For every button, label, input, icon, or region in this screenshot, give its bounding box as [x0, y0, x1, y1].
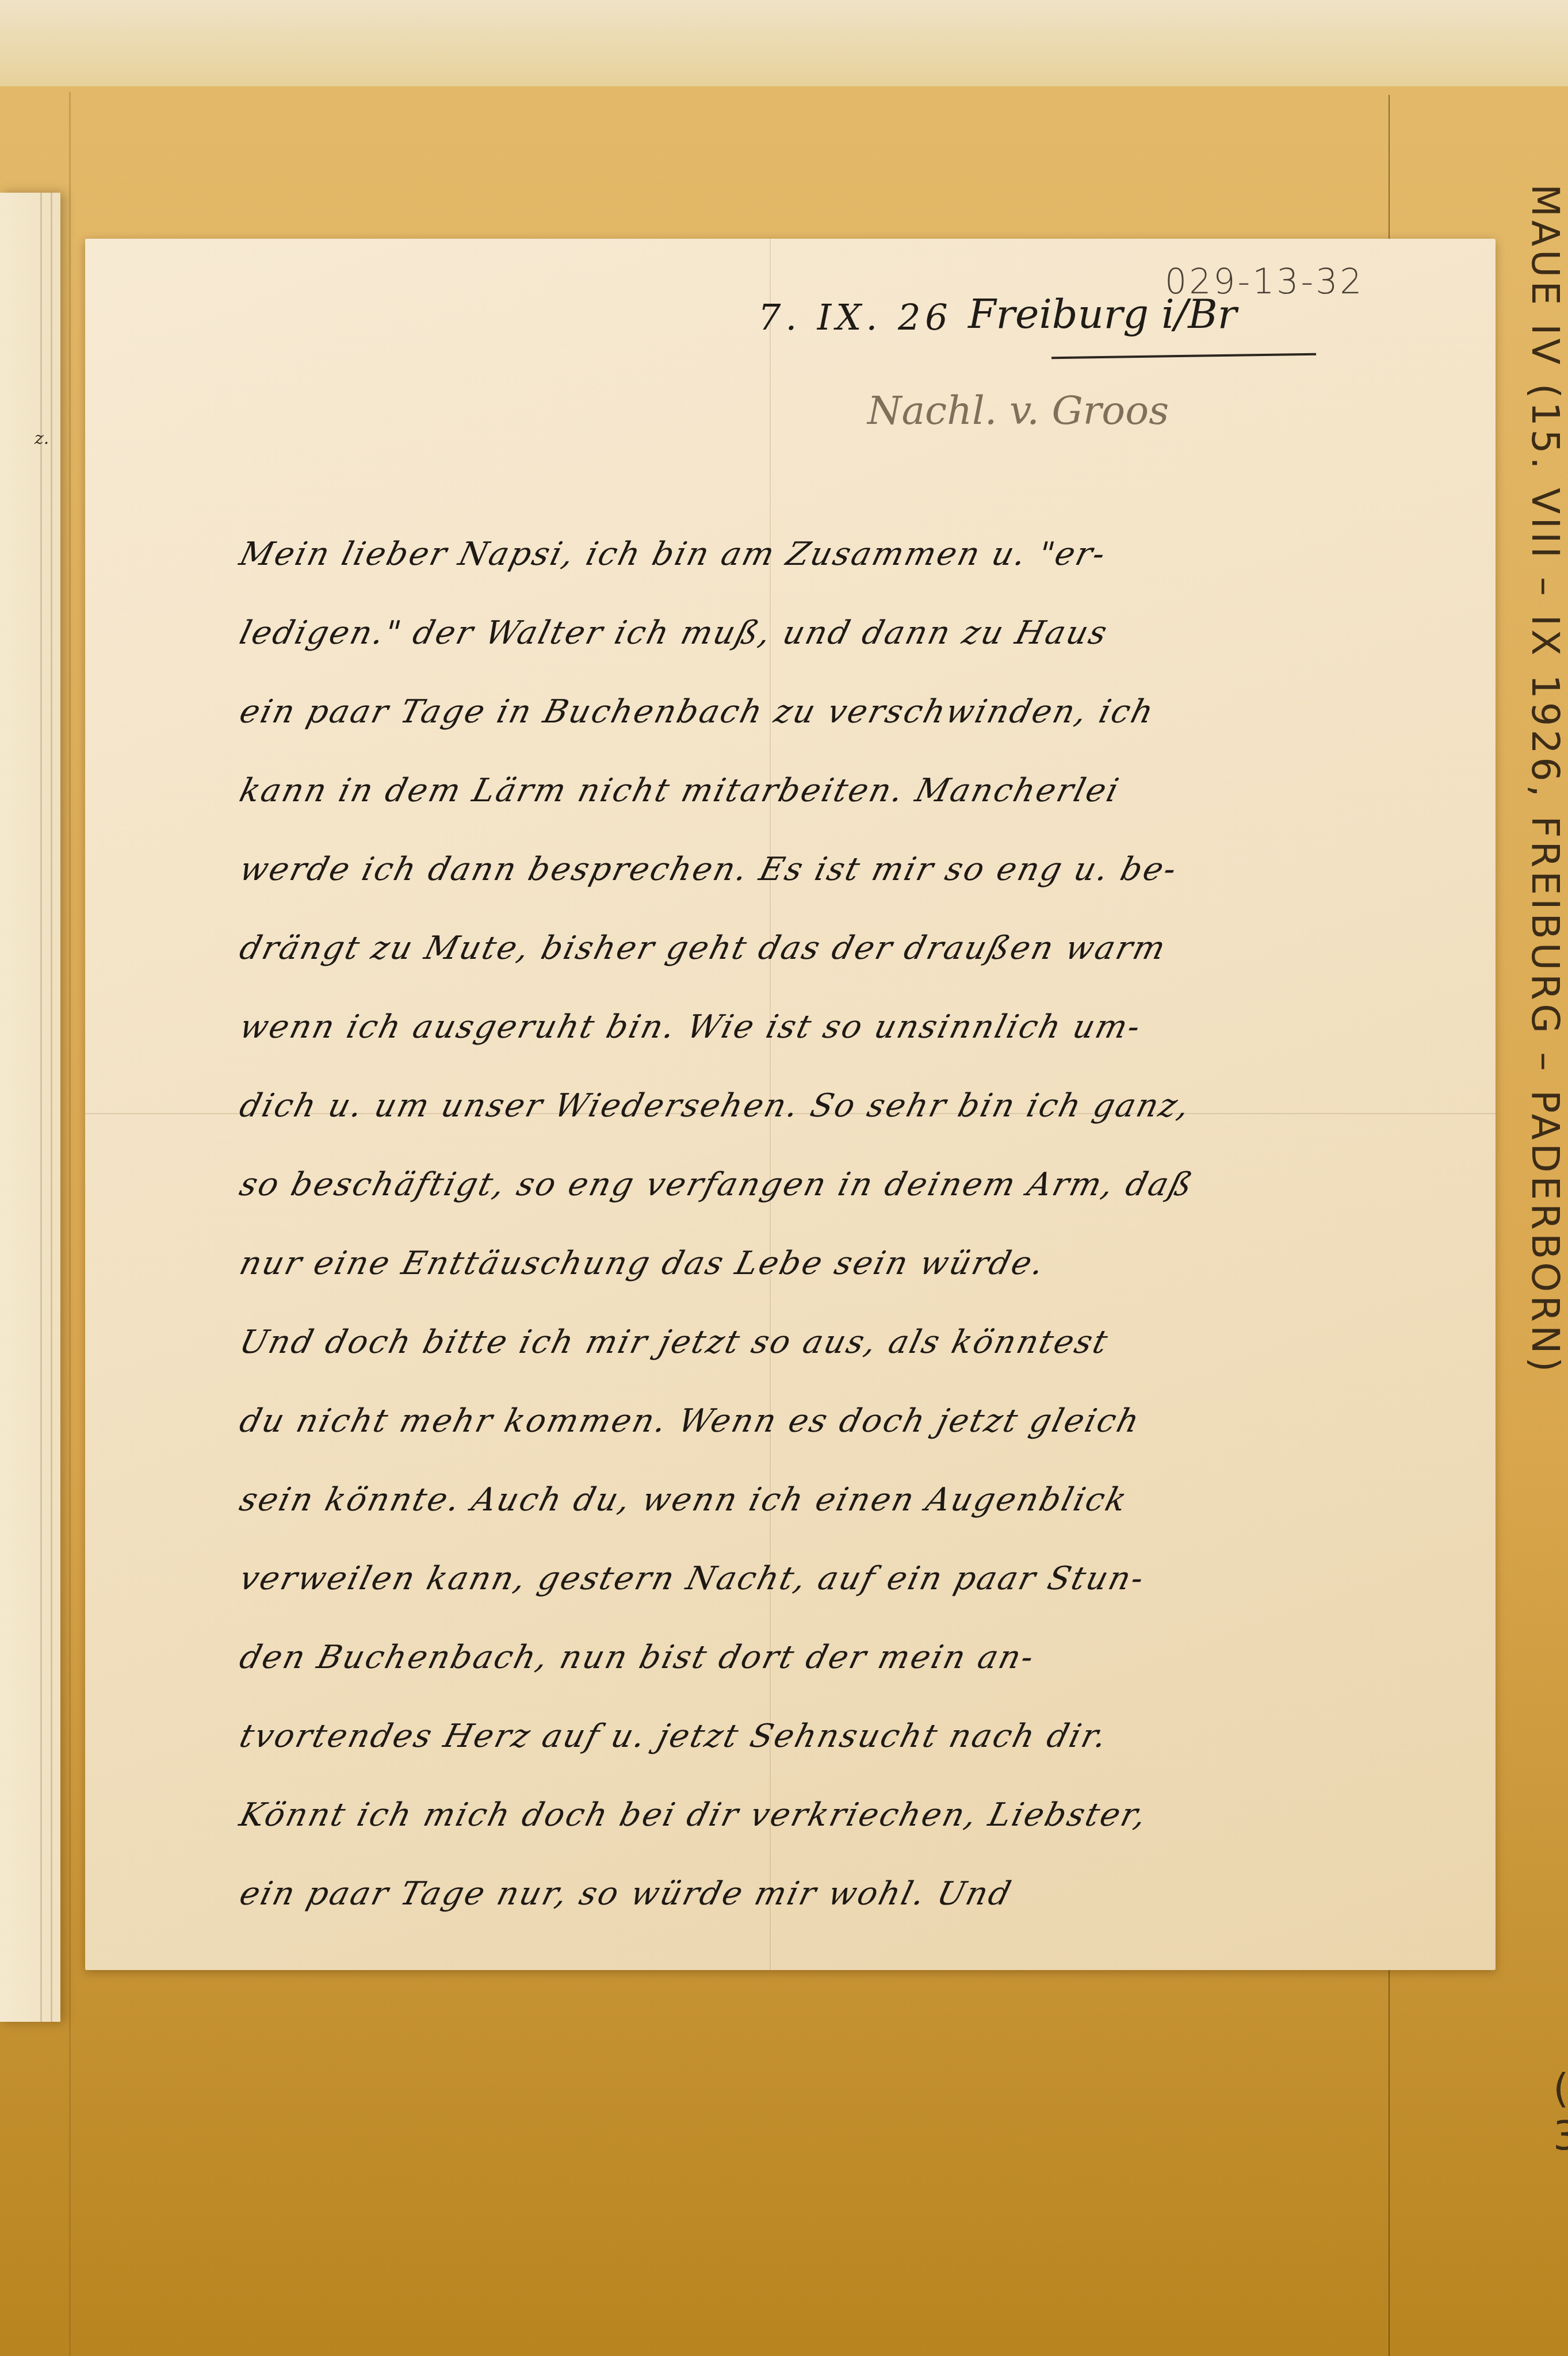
body-line: ein paar Tage nur, so würde mir wohl. Un… — [231, 1854, 1481, 1933]
body-line: ein paar Tage in Buchenbach zu verschwin… — [231, 672, 1481, 751]
stack-sheet-edge — [40, 193, 42, 2022]
body-line: sein könnte. Auch du, wenn ich einen Aug… — [231, 1460, 1481, 1539]
folder-margin-annotation: MAUE IV (15. VIII – IX 1926, FREIBURG – … — [1523, 184, 1567, 1375]
letter-date: 7. IX. 26 — [758, 296, 953, 338]
body-line: so beschäftigt, so eng verfangen in dein… — [231, 1145, 1481, 1224]
body-line: Und doch bitte ich mir jetzt so aus, als… — [231, 1303, 1481, 1382]
body-line: werde ich dann besprechen. Es ist mir so… — [231, 830, 1481, 909]
stack-sheet-edge — [51, 193, 52, 2022]
letter-sheet: 029-13-32 7. IX. 26 Freiburg i/Br Nachl.… — [85, 239, 1496, 1970]
folder-corner-mark: ( 3 — [1553, 2065, 1568, 2159]
body-line: du nicht mehr kommen. Wenn es doch jetzt… — [231, 1382, 1481, 1460]
body-line: tvortendes Herz auf u. jetzt Sehnsucht n… — [231, 1697, 1481, 1776]
place-underline — [1051, 353, 1316, 359]
body-line: nur eine Enttäuschung das Lebe sein würd… — [231, 1224, 1481, 1303]
folder-top-edge — [0, 0, 1568, 95]
body-line: ledigen." der Walter ich muß, und dann z… — [231, 594, 1481, 672]
folder-crease — [69, 92, 71, 2356]
body-line: dich u. um unser Wiedersehen. So sehr bi… — [231, 1066, 1481, 1145]
pencil-annotation: Nachl. v. Groos — [867, 388, 1169, 434]
letter-body: Mein lieber Napsi, ich bin am Zusammen u… — [240, 515, 1471, 1933]
body-line: Mein lieber Napsi, ich bin am Zusammen u… — [231, 515, 1481, 594]
body-line: drängt zu Mute, bisher geht das der drau… — [231, 909, 1481, 988]
stack-mark: z. — [35, 429, 49, 449]
left-page-stack: z. — [0, 193, 60, 2022]
body-line: Könnt ich mich doch bei dir verkriechen,… — [231, 1776, 1481, 1854]
body-line: kann in dem Lärm nicht mitarbeiten. Manc… — [231, 751, 1481, 830]
body-line: verweilen kann, gestern Nacht, auf ein p… — [231, 1539, 1481, 1618]
letter-place: Freiburg i/Br — [968, 290, 1237, 338]
body-line: wenn ich ausgeruht bin. Wie ist so unsin… — [231, 988, 1481, 1066]
body-line: den Buchenbach, nun bist dort der mein a… — [231, 1618, 1481, 1697]
